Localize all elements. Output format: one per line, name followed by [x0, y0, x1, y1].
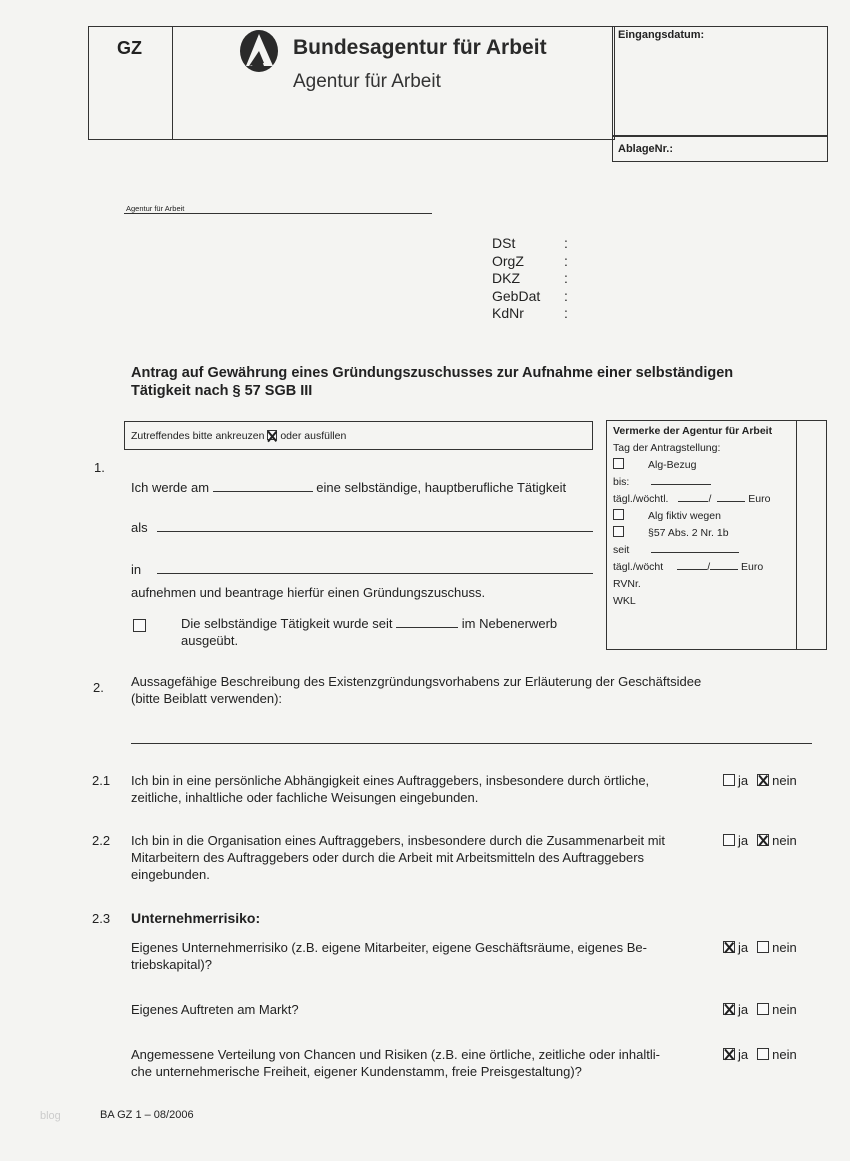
- sender-line-label: Agentur für Arbeit: [126, 204, 184, 213]
- meta-field-dkz: DKZ:: [492, 270, 568, 288]
- risk-item-text: Eigenes Unternehmerrisiko (z.B. eigene M…: [131, 939, 647, 973]
- question-2-1-nein-checkbox[interactable]: [757, 774, 769, 786]
- risk-item-text: Eigenes Auftreten am Markt?: [131, 1001, 299, 1018]
- risk-item-1-ja-checkbox[interactable]: [723, 941, 735, 953]
- nebenerwerb-text: Die selbständige Tätigkeit wurde seit im…: [181, 615, 557, 649]
- section2-text: Aussagefähige Beschreibung des Existenzg…: [131, 673, 701, 707]
- section1-number: 1.: [94, 459, 105, 476]
- paragraph-row: §57 Abs. 2 Nr. 1b: [613, 525, 793, 542]
- section1-line1: Ich werde am eine selbständige, hauptber…: [131, 479, 566, 496]
- risk-item-text: Angemessene Verteilung von Chancen und R…: [131, 1046, 660, 1080]
- in-label: in: [131, 561, 141, 578]
- question-2-1-ja-checkbox[interactable]: [723, 774, 735, 786]
- ablage-label: AblageNr.:: [618, 143, 673, 155]
- paragraph-57-checkbox[interactable]: [613, 526, 624, 537]
- meta-field-gebdat: GebDat:: [492, 288, 568, 306]
- daily-weekly-row-1: tägl./wöchtl./ Euro: [613, 491, 793, 508]
- agency-notes-divider: [796, 420, 797, 650]
- section1-line4: aufnehmen und beantrage hierfür einen Gr…: [131, 584, 485, 601]
- meta-fields: DSt: OrgZ: DKZ: GebDat: KdNr:: [492, 235, 568, 323]
- nebenerwerb-checkbox[interactable]: [133, 619, 146, 632]
- daily-weekly-row-2: tägl./wöcht/ Euro: [613, 559, 793, 576]
- rvnr-label: RVNr.: [613, 576, 793, 593]
- watermark: blog: [40, 1110, 61, 1122]
- alg-fiktiv-checkbox[interactable]: [613, 509, 624, 520]
- question-text: Ich bin in eine persönliche Abhängigkeit…: [131, 772, 649, 806]
- als-label: als: [131, 519, 148, 536]
- meta-field-dst: DSt:: [492, 235, 568, 253]
- bis-field[interactable]: [651, 474, 711, 485]
- ba-logo-icon: [238, 29, 280, 73]
- als-field[interactable]: [157, 531, 593, 532]
- risk-item-2-answer: janein: [723, 1002, 806, 1017]
- tag-antragstellung-label: Tag der Antragstellung:: [613, 440, 793, 457]
- risk-item-3-answer: janein: [723, 1047, 806, 1062]
- daily-amount-field-1[interactable]: [678, 491, 708, 502]
- gz-divider: [172, 26, 173, 139]
- risk-item-1-nein-checkbox[interactable]: [757, 941, 769, 953]
- weekly-amount-field-2[interactable]: [710, 559, 738, 570]
- seit-field[interactable]: [651, 542, 739, 553]
- in-field[interactable]: [157, 573, 593, 574]
- risk-item-3-ja-checkbox[interactable]: [723, 1048, 735, 1060]
- org-subname: Agentur für Arbeit: [293, 71, 441, 93]
- alg-bezug-checkbox[interactable]: [613, 458, 624, 469]
- start-date-field[interactable]: [213, 479, 313, 492]
- form-title: Antrag auf Gewährung eines Gründungszusc…: [131, 364, 733, 400]
- eingangsdatum-box: [612, 26, 828, 137]
- risk-item-1-answer: janein: [723, 940, 806, 955]
- alg-bezug-row: Alg-Bezug: [613, 457, 793, 474]
- question-text: Ich bin in die Organisation eines Auftra…: [131, 832, 665, 883]
- question-2-1-answer: janein: [723, 773, 806, 788]
- agency-notes: Vermerke der Agentur für Arbeit Tag der …: [613, 423, 793, 610]
- form-title-line1: Antrag auf Gewährung eines Gründungszusc…: [131, 364, 733, 382]
- meta-field-kdnr: KdNr:: [492, 305, 568, 323]
- question-2-2-answer: janein: [723, 833, 806, 848]
- question-2-2-nein-checkbox[interactable]: [757, 834, 769, 846]
- sender-underline: [124, 213, 432, 214]
- bis-row: bis:: [613, 474, 793, 491]
- question-number: 2.2: [92, 832, 110, 849]
- seit-row: seit: [613, 542, 793, 559]
- gz-label: GZ: [117, 38, 142, 59]
- section23-heading: Unternehmerrisiko:: [131, 909, 260, 927]
- section23-number: 2.3: [92, 910, 110, 927]
- checked-box-icon: [267, 430, 277, 440]
- wkl-label: WKL: [613, 593, 793, 610]
- description-field[interactable]: [131, 743, 812, 744]
- nebenerwerb-since-field[interactable]: [396, 615, 458, 628]
- org-name: Bundesagentur für Arbeit: [293, 36, 547, 60]
- alg-fiktiv-row: Alg fiktiv wegen: [613, 508, 793, 525]
- risk-item-2-nein-checkbox[interactable]: [757, 1003, 769, 1015]
- section2-number: 2.: [93, 679, 104, 696]
- question-2-2-ja-checkbox[interactable]: [723, 834, 735, 846]
- instruction-text: Zutreffendes bitte ankreuzen oder ausfül…: [131, 430, 346, 442]
- form-title-line2: Tätigkeit nach § 57 SGB III: [131, 382, 733, 400]
- eingangsdatum-label: Eingangsdatum:: [618, 29, 704, 41]
- daily-amount-field-2[interactable]: [677, 559, 707, 570]
- risk-item-2-ja-checkbox[interactable]: [723, 1003, 735, 1015]
- risk-item-3-nein-checkbox[interactable]: [757, 1048, 769, 1060]
- form-code: BA GZ 1 – 08/2006: [100, 1109, 194, 1121]
- question-number: 2.1: [92, 772, 110, 789]
- weekly-amount-field-1[interactable]: [717, 491, 745, 502]
- agency-notes-title: Vermerke der Agentur für Arbeit: [613, 423, 793, 440]
- meta-field-orgz: OrgZ:: [492, 253, 568, 271]
